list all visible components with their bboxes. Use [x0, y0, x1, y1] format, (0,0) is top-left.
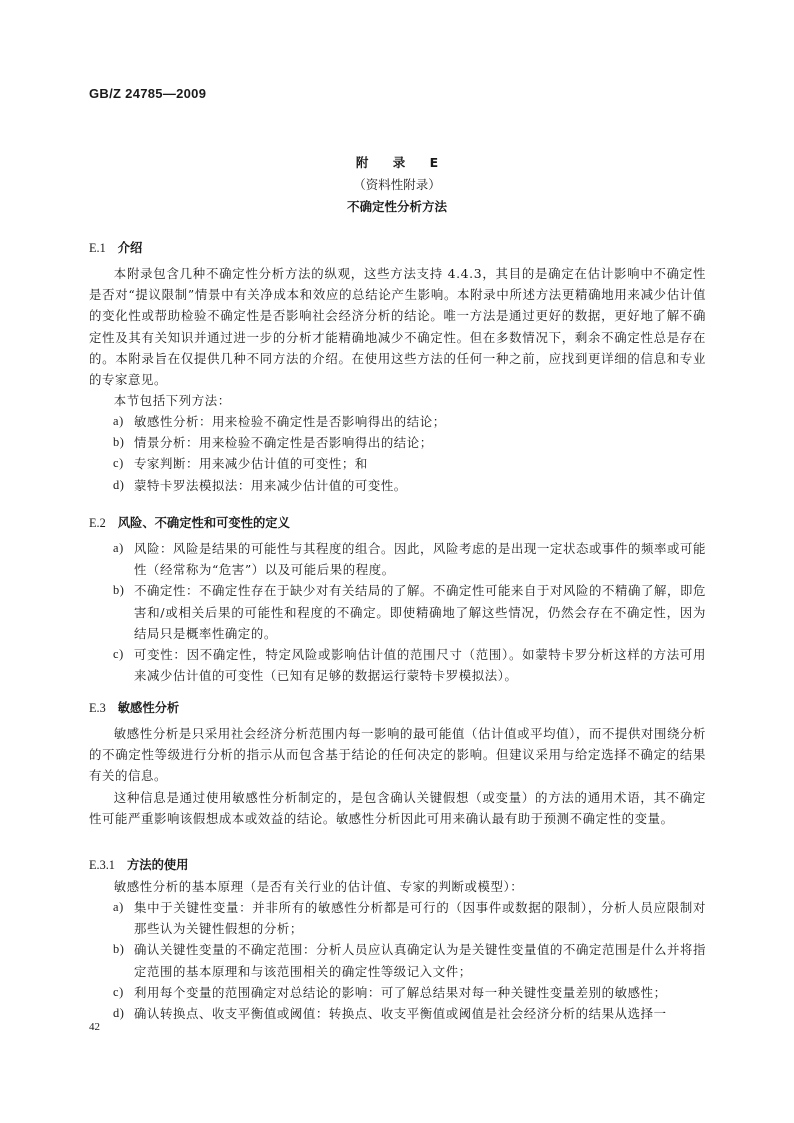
- section-title: 风险、不确定性和可变性的定义: [118, 516, 290, 530]
- list-item: d)蒙特卡罗法模拟法：用来减少估计值的可变性。: [89, 475, 706, 496]
- appendix-name: 不确定性分析方法: [0, 196, 794, 218]
- appendix-label: 附 录 E: [0, 152, 794, 174]
- section-number: E.1: [89, 241, 106, 255]
- list-item: b)不确定性：不确定性存在于缺少对有关结局的了解。不确定性可能来自于对风险的不精…: [89, 580, 706, 644]
- standard-code: GB/Z 24785—2009: [89, 86, 206, 101]
- e31-intro: 敏感性分析的基本原理（是否有关行业的估计值、专家的判断或模型）：: [89, 876, 706, 897]
- e3-paragraph-1: 敏感性分析是只采用社会经济分析范围内每一影响的最可能值（估计值或平均值），而不提…: [89, 723, 706, 787]
- appendix-title-block: 附 录 E （资料性附录） 不确定性分析方法: [0, 152, 794, 218]
- list-item: d)确认转换点、收支平衡值或阈值：转换点、收支平衡值或阈值是社会经济分析的结果从…: [89, 1003, 706, 1024]
- list-item: a)风险：风险是结果的可能性与其程度的组合。因此，风险考虑的是出现一定状态或事件…: [89, 538, 706, 580]
- section-title: 敏感性分析: [118, 701, 180, 715]
- section-heading-e1: E.1介绍: [89, 238, 142, 256]
- page-number: 42: [89, 1021, 100, 1033]
- section-heading-e3-1: E.3.1方法的使用: [89, 855, 188, 873]
- list-item: b)情景分析：用来检验不确定性是否影响得出的结论；: [89, 432, 706, 453]
- section-number: E.3: [89, 701, 106, 715]
- e1-paragraph: 本附录包含几种不确定性分析方法的纵观，这些方法支持 4.4.3，其目的是确定在估…: [89, 263, 706, 390]
- list-item: b)确认关键性变量的不确定范围：分析人员应认真确定认为是关键性变量值的不确定范围…: [89, 939, 706, 981]
- e1-method-list: a)敏感性分析：用来检验不确定性是否影响得出的结论； b)情景分析：用来检验不确…: [89, 411, 706, 496]
- list-item: c)专家判断：用来减少估计值的可变性；和: [89, 453, 706, 474]
- appendix-kind: （资料性附录）: [0, 174, 794, 196]
- list-item: c)可变性：因不确定性，特定风险或影响估计值的范围尺寸（范围）。如蒙特卡罗分析这…: [89, 644, 706, 686]
- section-title: 介绍: [118, 241, 143, 255]
- e3-paragraph-2: 这种信息是通过使用敏感性分析制定的，是包含确认关键假想（或变量）的方法的通用术语…: [89, 787, 706, 829]
- e2-definition-list: a)风险：风险是结果的可能性与其程度的组合。因此，风险考虑的是出现一定状态或事件…: [89, 538, 706, 686]
- e31-principle-list: a)集中于关键性变量：并非所有的敏感性分析都是可行的（因事件或数据的限制），分析…: [89, 897, 706, 1024]
- section-number: E.2: [89, 516, 106, 530]
- section-number: E.3.1: [89, 858, 115, 872]
- e1-list-intro: 本节包括下列方法：: [89, 390, 706, 411]
- section-heading-e3: E.3敏感性分析: [89, 698, 179, 716]
- section-heading-e2: E.2风险、不确定性和可变性的定义: [89, 513, 290, 531]
- list-item: a)敏感性分析：用来检验不确定性是否影响得出的结论；: [89, 411, 706, 432]
- section-title: 方法的使用: [127, 858, 189, 872]
- list-item: a)集中于关键性变量：并非所有的敏感性分析都是可行的（因事件或数据的限制），分析…: [89, 897, 706, 939]
- list-item: c)利用每个变量的范围确定对总结论的影响：可了解总结果对每一种关键性变量差别的敏…: [89, 982, 706, 1003]
